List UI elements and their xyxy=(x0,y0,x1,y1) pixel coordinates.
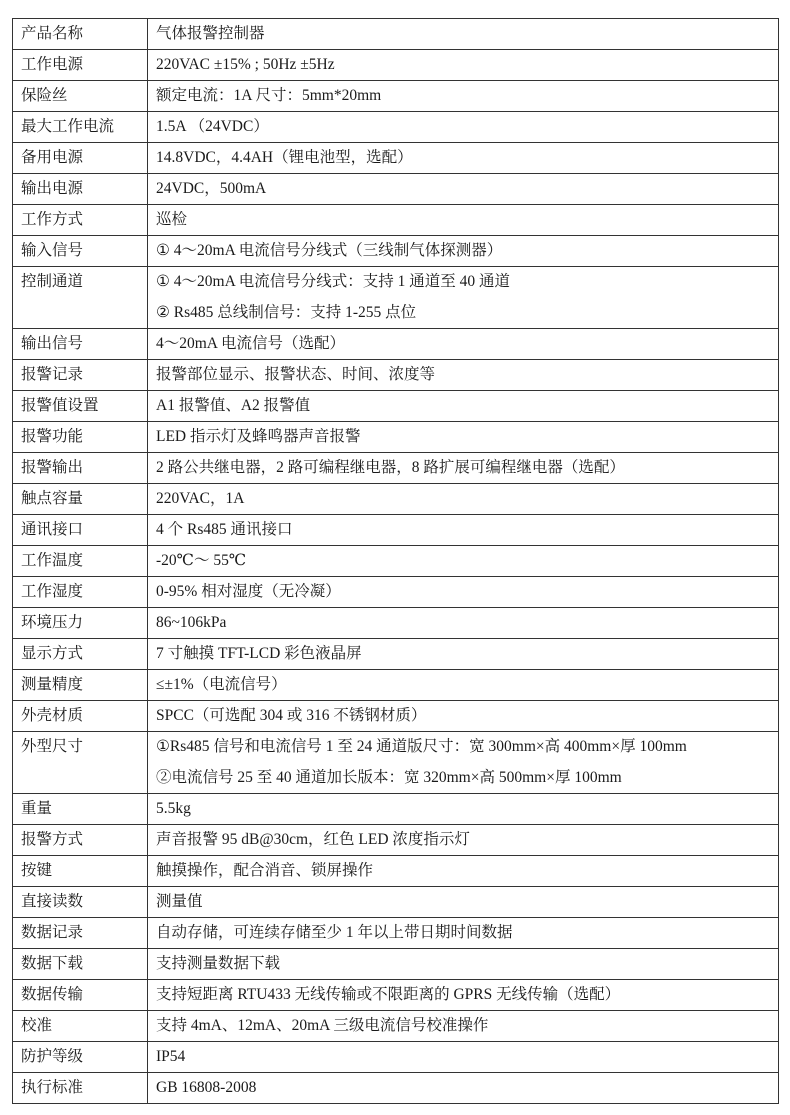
spec-label: 报警输出 xyxy=(21,459,83,476)
spec-label-cell: 数据传输 xyxy=(13,980,148,1011)
spec-label: 校准 xyxy=(21,1017,52,1034)
spec-label: 测量精度 xyxy=(21,676,83,693)
table-row: 环境压力86~106kPa xyxy=(13,608,779,639)
spec-label: 输出电源 xyxy=(21,180,83,197)
spec-value: ① 4～20mA 电流信号分线式：支持 1 通道至 40 通道 xyxy=(156,267,778,298)
spec-value: A1 报警值、A2 报警值 xyxy=(156,391,778,421)
spec-label-cell: 控制通道 xyxy=(13,267,148,329)
spec-value: 4 个 Rs485 通讯接口 xyxy=(156,515,778,545)
spec-value-cell: 24VDC，500mA xyxy=(148,174,779,205)
spec-label-cell: 输出信号 xyxy=(13,329,148,360)
spec-value: 支持 4mA、12mA、20mA 三级电流信号校准操作 xyxy=(156,1011,778,1041)
spec-label: 保险丝 xyxy=(21,87,68,104)
spec-label: 外型尺寸 xyxy=(21,738,83,755)
spec-label: 产品名称 xyxy=(21,25,83,42)
spec-value-cell: 7 寸触摸 TFT-LCD 彩色液晶屏 xyxy=(148,639,779,670)
spec-value-cell: 0-95% 相对湿度（无冷凝） xyxy=(148,577,779,608)
spec-label-cell: 按键 xyxy=(13,856,148,887)
spec-label: 按键 xyxy=(21,862,52,879)
spec-value-cell: 4～20mA 电流信号（选配） xyxy=(148,329,779,360)
spec-label: 环境压力 xyxy=(21,614,83,631)
table-row: 产品名称气体报警控制器 xyxy=(13,19,779,50)
spec-value: 声音报警 95 dB@30cm，红色 LED 浓度指示灯 xyxy=(156,825,778,855)
spec-value: 测量值 xyxy=(156,887,778,917)
table-row: 工作温度-20℃～ 55℃ xyxy=(13,546,779,577)
spec-value: 5.5kg xyxy=(156,794,778,824)
spec-value-cell: 支持短距离 RTU433 无线传输或不限距离的 GPRS 无线传输（选配） xyxy=(148,980,779,1011)
spec-value: IP54 xyxy=(156,1042,778,1072)
spec-value-cell: 触摸操作，配合消音、锁屏操作 xyxy=(148,856,779,887)
spec-value-cell: ① 4～20mA 电流信号分线式（三线制气体探测器） xyxy=(148,236,779,267)
spec-value-cell: 自动存储，可连续存储至少 1 年以上带日期时间数据 xyxy=(148,918,779,949)
table-row: 外型尺寸①Rs485 信号和电流信号 1 至 24 通道版尺寸：宽 300mm×… xyxy=(13,732,779,794)
spec-value: 4～20mA 电流信号（选配） xyxy=(156,329,778,359)
spec-label: 触点容量 xyxy=(21,490,83,507)
spec-value-cell: ① 4～20mA 电流信号分线式：支持 1 通道至 40 通道② Rs485 总… xyxy=(148,267,779,329)
spec-value-cell: IP54 xyxy=(148,1042,779,1073)
table-row: 防护等级IP54 xyxy=(13,1042,779,1073)
spec-value-cell: 测量值 xyxy=(148,887,779,918)
spec-value: ≤±1%（电流信号） xyxy=(156,670,778,700)
table-row: 报警记录报警部位显示、报警状态、时间、浓度等 xyxy=(13,360,779,391)
spec-label-cell: 工作温度 xyxy=(13,546,148,577)
spec-value-cell: A1 报警值、A2 报警值 xyxy=(148,391,779,422)
spec-value: ②电流信号 25 至 40 通道加长版本：宽 320mm×高 500mm×厚 1… xyxy=(156,763,778,793)
spec-label-cell: 输出电源 xyxy=(13,174,148,205)
table-row: 输入信号① 4～20mA 电流信号分线式（三线制气体探测器） xyxy=(13,236,779,267)
spec-value-cell: 报警部位显示、报警状态、时间、浓度等 xyxy=(148,360,779,391)
spec-label-cell: 外壳材质 xyxy=(13,701,148,732)
spec-value: 7 寸触摸 TFT-LCD 彩色液晶屏 xyxy=(156,639,778,669)
spec-label: 外壳材质 xyxy=(21,707,83,724)
spec-label: 输出信号 xyxy=(21,335,83,352)
spec-value: 86~106kPa xyxy=(156,608,778,638)
spec-table: 产品名称气体报警控制器工作电源220VAC ±15% ; 50Hz ±5Hz保险… xyxy=(12,18,779,1104)
spec-label-cell: 工作湿度 xyxy=(13,577,148,608)
spec-label-cell: 重量 xyxy=(13,794,148,825)
spec-value: 220VAC，1A xyxy=(156,484,778,514)
spec-value-cell: 额定电流：1A 尺寸：5mm*20mm xyxy=(148,81,779,112)
spec-value-cell: 220VAC，1A xyxy=(148,484,779,515)
table-row: 报警功能LED 指示灯及蜂鸣器声音报警 xyxy=(13,422,779,453)
spec-label-cell: 测量精度 xyxy=(13,670,148,701)
spec-value-cell: ①Rs485 信号和电流信号 1 至 24 通道版尺寸：宽 300mm×高 40… xyxy=(148,732,779,794)
spec-label-cell: 执行标准 xyxy=(13,1073,148,1104)
spec-label: 工作温度 xyxy=(21,552,83,569)
spec-value: 24VDC，500mA xyxy=(156,174,778,204)
spec-label-cell: 报警值设置 xyxy=(13,391,148,422)
spec-value: 报警部位显示、报警状态、时间、浓度等 xyxy=(156,360,778,390)
spec-label: 数据传输 xyxy=(21,986,83,1003)
spec-label-cell: 数据下载 xyxy=(13,949,148,980)
spec-label-cell: 报警方式 xyxy=(13,825,148,856)
spec-value-cell: 4 个 Rs485 通讯接口 xyxy=(148,515,779,546)
spec-value-cell: 14.8VDC，4.4AH（锂电池型，选配） xyxy=(148,143,779,174)
spec-value: 支持短距离 RTU433 无线传输或不限距离的 GPRS 无线传输（选配） xyxy=(156,980,778,1010)
table-row: 控制通道① 4～20mA 电流信号分线式：支持 1 通道至 40 通道② Rs4… xyxy=(13,267,779,329)
spec-value: 220VAC ±15% ; 50Hz ±5Hz xyxy=(156,50,778,80)
spec-label: 最大工作电流 xyxy=(21,118,114,135)
table-row: 报警输出2 路公共继电器，2 路可编程继电器，8 路扩展可编程继电器（选配） xyxy=(13,453,779,484)
spec-label-cell: 工作方式 xyxy=(13,205,148,236)
table-row: 报警方式声音报警 95 dB@30cm，红色 LED 浓度指示灯 xyxy=(13,825,779,856)
table-row: 备用电源14.8VDC，4.4AH（锂电池型，选配） xyxy=(13,143,779,174)
spec-value: 1.5A （24VDC） xyxy=(156,112,778,142)
spec-label-cell: 输入信号 xyxy=(13,236,148,267)
spec-value-cell: 2 路公共继电器，2 路可编程继电器，8 路扩展可编程继电器（选配） xyxy=(148,453,779,484)
spec-label-cell: 显示方式 xyxy=(13,639,148,670)
table-row: 工作方式巡检 xyxy=(13,205,779,236)
spec-value: 支持测量数据下载 xyxy=(156,949,778,979)
spec-label: 报警记录 xyxy=(21,366,83,383)
table-row: 测量精度≤±1%（电流信号） xyxy=(13,670,779,701)
table-row: 数据传输支持短距离 RTU433 无线传输或不限距离的 GPRS 无线传输（选配… xyxy=(13,980,779,1011)
table-row: 触点容量220VAC，1A xyxy=(13,484,779,515)
table-row: 显示方式7 寸触摸 TFT-LCD 彩色液晶屏 xyxy=(13,639,779,670)
spec-value: 0-95% 相对湿度（无冷凝） xyxy=(156,577,778,607)
spec-label-cell: 报警输出 xyxy=(13,453,148,484)
spec-value-cell: ≤±1%（电流信号） xyxy=(148,670,779,701)
spec-label: 数据下载 xyxy=(21,955,83,972)
spec-value-cell: 巡检 xyxy=(148,205,779,236)
spec-label-cell: 触点容量 xyxy=(13,484,148,515)
table-row: 校准支持 4mA、12mA、20mA 三级电流信号校准操作 xyxy=(13,1011,779,1042)
spec-label-cell: 备用电源 xyxy=(13,143,148,174)
spec-value-cell: 声音报警 95 dB@30cm，红色 LED 浓度指示灯 xyxy=(148,825,779,856)
spec-table-body: 产品名称气体报警控制器工作电源220VAC ±15% ; 50Hz ±5Hz保险… xyxy=(13,19,779,1104)
spec-value: SPCC（可选配 304 或 316 不锈钢材质） xyxy=(156,701,778,731)
spec-label: 重量 xyxy=(21,800,52,817)
table-row: 工作湿度0-95% 相对湿度（无冷凝） xyxy=(13,577,779,608)
spec-label-cell: 数据记录 xyxy=(13,918,148,949)
spec-label: 显示方式 xyxy=(21,645,83,662)
table-row: 通讯接口4 个 Rs485 通讯接口 xyxy=(13,515,779,546)
spec-label-cell: 环境压力 xyxy=(13,608,148,639)
spec-value: LED 指示灯及蜂鸣器声音报警 xyxy=(156,422,778,452)
table-row: 执行标准GB 16808-2008 xyxy=(13,1073,779,1104)
spec-label-cell: 校准 xyxy=(13,1011,148,1042)
spec-value-cell: 5.5kg xyxy=(148,794,779,825)
spec-label-cell: 直接读数 xyxy=(13,887,148,918)
spec-value-cell: 支持 4mA、12mA、20mA 三级电流信号校准操作 xyxy=(148,1011,779,1042)
spec-label: 报警方式 xyxy=(21,831,83,848)
spec-value: 额定电流：1A 尺寸：5mm*20mm xyxy=(156,81,778,111)
spec-label-cell: 最大工作电流 xyxy=(13,112,148,143)
table-row: 报警值设置A1 报警值、A2 报警值 xyxy=(13,391,779,422)
spec-value-cell: 气体报警控制器 xyxy=(148,19,779,50)
table-row: 输出电源24VDC，500mA xyxy=(13,174,779,205)
spec-label-cell: 产品名称 xyxy=(13,19,148,50)
table-row: 外壳材质SPCC（可选配 304 或 316 不锈钢材质） xyxy=(13,701,779,732)
spec-label: 执行标准 xyxy=(21,1079,83,1096)
table-row: 保险丝额定电流：1A 尺寸：5mm*20mm xyxy=(13,81,779,112)
spec-value: GB 16808-2008 xyxy=(156,1073,778,1103)
spec-value-cell: -20℃～ 55℃ xyxy=(148,546,779,577)
spec-label-cell: 工作电源 xyxy=(13,50,148,81)
spec-label-cell: 报警功能 xyxy=(13,422,148,453)
spec-label-cell: 报警记录 xyxy=(13,360,148,391)
spec-value-cell: SPCC（可选配 304 或 316 不锈钢材质） xyxy=(148,701,779,732)
spec-value: 14.8VDC，4.4AH（锂电池型，选配） xyxy=(156,143,778,173)
table-row: 直接读数测量值 xyxy=(13,887,779,918)
spec-value: 2 路公共继电器，2 路可编程继电器，8 路扩展可编程继电器（选配） xyxy=(156,453,778,483)
spec-value: ①Rs485 信号和电流信号 1 至 24 通道版尺寸：宽 300mm×高 40… xyxy=(156,732,778,763)
table-row: 数据记录自动存储，可连续存储至少 1 年以上带日期时间数据 xyxy=(13,918,779,949)
table-row: 输出信号4～20mA 电流信号（选配） xyxy=(13,329,779,360)
spec-value-cell: 1.5A （24VDC） xyxy=(148,112,779,143)
spec-label: 工作湿度 xyxy=(21,583,83,600)
spec-value: ① 4～20mA 电流信号分线式（三线制气体探测器） xyxy=(156,236,778,266)
table-row: 数据下载支持测量数据下载 xyxy=(13,949,779,980)
spec-label: 数据记录 xyxy=(21,924,83,941)
table-row: 重量5.5kg xyxy=(13,794,779,825)
spec-value-cell: LED 指示灯及蜂鸣器声音报警 xyxy=(148,422,779,453)
spec-value-cell: 220VAC ±15% ; 50Hz ±5Hz xyxy=(148,50,779,81)
table-row: 工作电源220VAC ±15% ; 50Hz ±5Hz xyxy=(13,50,779,81)
spec-value: -20℃～ 55℃ xyxy=(156,546,778,576)
spec-label: 工作方式 xyxy=(21,211,83,228)
spec-value-cell: 86~106kPa xyxy=(148,608,779,639)
spec-label: 控制通道 xyxy=(21,273,83,290)
spec-label: 输入信号 xyxy=(21,242,83,259)
spec-label: 备用电源 xyxy=(21,149,83,166)
spec-value: 巡检 xyxy=(156,205,778,235)
spec-label: 工作电源 xyxy=(21,56,83,73)
spec-value-cell: GB 16808-2008 xyxy=(148,1073,779,1104)
spec-value: 触摸操作，配合消音、锁屏操作 xyxy=(156,856,778,886)
spec-value: 自动存储，可连续存储至少 1 年以上带日期时间数据 xyxy=(156,918,778,948)
table-row: 按键触摸操作，配合消音、锁屏操作 xyxy=(13,856,779,887)
table-row: 最大工作电流1.5A （24VDC） xyxy=(13,112,779,143)
spec-label: 报警功能 xyxy=(21,428,83,445)
spec-label-cell: 保险丝 xyxy=(13,81,148,112)
spec-value-cell: 支持测量数据下载 xyxy=(148,949,779,980)
spec-label-cell: 通讯接口 xyxy=(13,515,148,546)
spec-label-cell: 防护等级 xyxy=(13,1042,148,1073)
spec-label: 防护等级 xyxy=(21,1048,83,1065)
spec-label: 直接读数 xyxy=(21,893,83,910)
spec-value: 气体报警控制器 xyxy=(156,19,778,49)
spec-label: 报警值设置 xyxy=(21,397,99,414)
spec-label-cell: 外型尺寸 xyxy=(13,732,148,794)
spec-value: ② Rs485 总线制信号：支持 1-255 点位 xyxy=(156,298,778,328)
spec-label: 通讯接口 xyxy=(21,521,83,538)
